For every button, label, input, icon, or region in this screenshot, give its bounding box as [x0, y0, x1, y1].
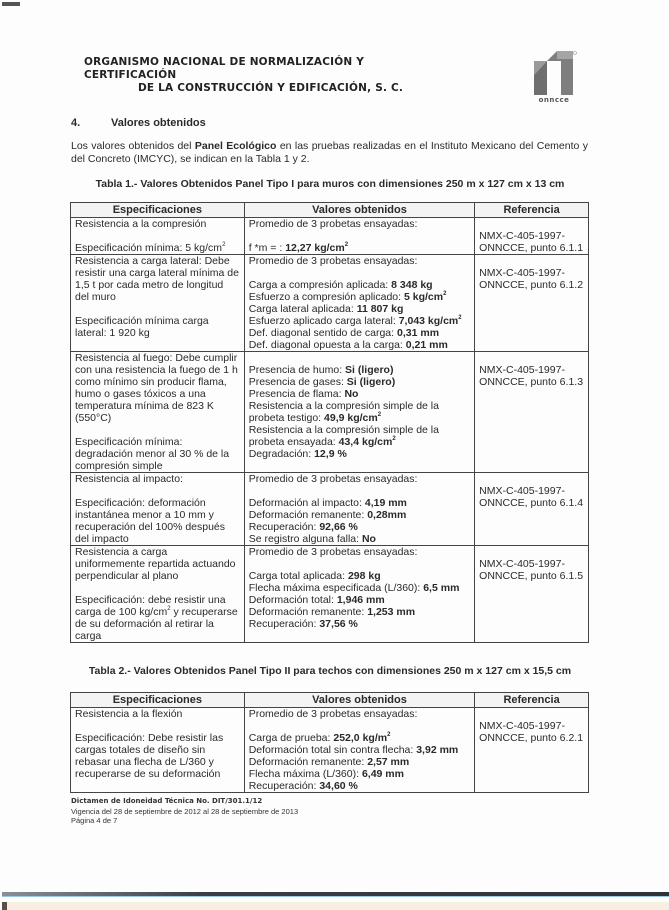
spacer	[249, 267, 470, 279]
table2: EspecificacionesValores obtenidosReferen…	[70, 692, 589, 793]
value-line: Presencia de humo: Si (ligero)	[249, 364, 470, 376]
value-result: 92,66 %	[319, 521, 358, 533]
value-line: Recuperación: 34,60 %	[249, 780, 470, 792]
reference-text: NMX-C-405-1997-ONNCCE, punto 6.1.5	[479, 558, 584, 582]
value-line: Deformación total sin contra flecha: 3,9…	[249, 744, 470, 756]
spec-title: Resistencia a la compresión	[75, 218, 240, 230]
value-label: Carga lateral aplicada:	[249, 303, 357, 315]
value-label: Presencia de gases:	[249, 376, 347, 388]
value-result: 4,19 mm	[365, 497, 407, 509]
spec-requirement: Especificación mínima carga lateral: 1 9…	[75, 315, 240, 339]
spacer	[479, 708, 584, 720]
table1-caption: Tabla 1.- Valores Obtenidos Panel Tipo I…	[60, 178, 600, 190]
spacer	[249, 558, 470, 570]
value-label: Presencia de flama:	[249, 388, 345, 400]
value-result: 49,9 kg/cm2	[324, 412, 381, 424]
values-intro: Promedio de 3 probetas ensayadas:	[249, 473, 470, 485]
onncce-logo: onncce	[531, 51, 577, 107]
scan-background-strip	[2, 902, 669, 910]
value-result: 6,5 mm	[423, 582, 459, 594]
value-line: f *m = : 12,27 kg/cm2	[249, 242, 470, 254]
table-row: Resistencia a carga lateral: Debe resist…	[71, 255, 589, 352]
value-line: Def. diagonal opuesta a la carga: 0,21 m…	[249, 339, 470, 351]
section-number: 4.	[71, 117, 111, 129]
section-heading: 4.Valores obtenidos	[71, 117, 206, 129]
spec-cell: Resistencia a la flexiónEspecificación: …	[71, 708, 245, 793]
spacer	[75, 303, 240, 315]
spec-cell: Resistencia a la compresiónEspecificació…	[71, 218, 245, 255]
value-label: Deformación remanente:	[249, 606, 367, 618]
onncce-logo-icon	[531, 51, 577, 95]
value-line: Deformación remanente: 0,28mm	[249, 509, 470, 521]
value-line: Esfuerzo aplicado carga lateral: 7,043 k…	[249, 315, 470, 327]
reference-text: NMX-C-405-1997-ONNCCE, punto 6.1.1	[479, 230, 584, 254]
footer-validity: Vigencia del 28 de septiembre de 2012 al…	[71, 807, 298, 817]
value-line: Deformación total: 1,946 mm	[249, 594, 470, 606]
reference-text: NMX-C-405-1997-ONNCCE, punto 6.2.1	[479, 720, 584, 744]
header-reference: Referencia	[475, 693, 589, 708]
table-row: Resistencia a la flexiónEspecificación: …	[71, 708, 589, 793]
spec-requirement: Especificación mínima: degradación menor…	[75, 436, 240, 472]
spacer	[249, 352, 470, 364]
spacer	[75, 485, 240, 497]
spec-title: Resistencia a carga lateral: Debe resist…	[75, 255, 240, 303]
value-result: 34,60 %	[319, 780, 358, 792]
value-label: Recuperación:	[249, 618, 320, 630]
spec-requirement: Especificación mínima: 5 kg/cm2	[75, 242, 240, 254]
spacer	[75, 582, 240, 594]
table-row: Resistencia a carga uniformemente repart…	[71, 546, 589, 643]
value-label: Def. diagonal sentido de carga:	[249, 327, 397, 339]
value-line: Deformación al impacto: 4,19 mm	[249, 497, 470, 509]
spec-cell: Resistencia a carga lateral: Debe resist…	[71, 255, 245, 352]
spacer	[75, 230, 240, 242]
value-line: Carga de prueba: 252,0 kg/m2	[249, 732, 470, 744]
spec-requirement: Especificación: deformación instantánea …	[75, 497, 240, 545]
org-name-line1: Organismo Nacional de Normalización y Ce…	[84, 56, 414, 82]
product-name: Panel Ecológico	[195, 140, 277, 152]
intro-paragraph: Los valores obtenidos del Panel Ecológic…	[71, 140, 588, 166]
spec-requirement: Especificación: Debe resistir las cargas…	[75, 732, 240, 780]
value-label: Carga a compresión aplicada:	[249, 279, 391, 291]
reference-cell: NMX-C-405-1997-ONNCCE, punto 6.1.5	[475, 546, 589, 643]
org-name-line2: de la Construcción y Edificación, S. C.	[84, 82, 414, 95]
value-line: Recuperación: 92,66 %	[249, 521, 470, 533]
values-intro: Promedio de 3 probetas ensayadas:	[249, 546, 470, 558]
value-line: Deformación remanente: 1,253 mm	[249, 606, 470, 618]
footer: Dictamen de Idoneidad Técnica No. DIT/30…	[71, 797, 298, 826]
reference-cell: NMX-C-405-1997-ONNCCE, punto 6.1.1	[475, 218, 589, 255]
value-result: 7,043 kg/cm2	[399, 315, 462, 327]
value-result: No	[344, 388, 358, 400]
reference-text: NMX-C-405-1997-ONNCCE, punto 6.1.2	[479, 267, 584, 291]
value-label: f *m = :	[249, 242, 285, 254]
reference-cell: NMX-C-405-1997-ONNCCE, punto 6.1.2	[475, 255, 589, 352]
value-line: Def. diagonal sentido de carga: 0,31 mm	[249, 327, 470, 339]
logo-text: onncce	[531, 96, 577, 104]
value-label: Esfuerzo aplicado carga lateral:	[249, 315, 399, 327]
value-result: 0,21 mm	[406, 339, 448, 351]
values-cell: Presencia de humo: Si (ligero)Presencia …	[244, 352, 474, 473]
value-label: Recuperación:	[249, 780, 320, 792]
value-line: Flecha máxima especificada (L/360): 6,5 …	[249, 582, 470, 594]
value-label: Deformación al impacto:	[249, 497, 365, 509]
values-intro: Promedio de 3 probetas ensayadas:	[249, 708, 470, 720]
header-row: EspecificacionesValores obtenidosReferen…	[71, 693, 589, 708]
value-label: Flecha máxima (L/360):	[249, 768, 362, 780]
value-result: 5 kg/cm2	[404, 291, 446, 303]
value-line: Carga total aplicada: 298 kg	[249, 570, 470, 582]
value-label: Esfuerzo a compresión aplicado:	[249, 291, 404, 303]
value-line: Resistencia a la compresión simple de la…	[249, 400, 470, 424]
spec-cell: Resistencia a carga uniformemente repart…	[71, 546, 245, 643]
value-line: Carga a compresión aplicada: 8 348 kg	[249, 279, 470, 291]
value-label: Deformación total sin contra flecha:	[249, 744, 417, 756]
intro-text: Los valores obtenidos del	[71, 140, 195, 152]
header-values: Valores obtenidos	[244, 203, 474, 218]
values-cell: Promedio de 3 probetas ensayadas:Carga a…	[244, 255, 474, 352]
reference-cell: NMX-C-405-1997-ONNCCE, punto 6.2.1	[475, 708, 589, 793]
value-label: Deformación remanente:	[249, 509, 367, 521]
scan-mark	[2, 2, 20, 6]
spacer	[479, 546, 584, 558]
values-intro: Promedio de 3 probetas ensayadas:	[249, 218, 470, 230]
value-label: Deformación remanente:	[249, 756, 367, 768]
values-cell: Promedio de 3 probetas ensayadas:Carga t…	[244, 546, 474, 643]
spacer	[479, 473, 584, 485]
value-label: Recuperación:	[249, 521, 320, 533]
header-values: Valores obtenidos	[244, 693, 474, 708]
spec-title: Resistencia al impacto:	[75, 473, 240, 485]
spacer	[75, 424, 240, 436]
value-label: Carga de prueba:	[249, 732, 334, 744]
values-cell: Promedio de 3 probetas ensayadas:Deforma…	[244, 473, 474, 546]
spacer	[75, 720, 240, 732]
value-result: Si (ligero)	[345, 364, 393, 376]
values-cell: Promedio de 3 probetas ensayadas:Carga d…	[244, 708, 474, 793]
header-reference: Referencia	[475, 203, 589, 218]
table-row: Resistencia a la compresiónEspecificació…	[71, 218, 589, 255]
value-line: Carga lateral aplicada: 11 807 kg	[249, 303, 470, 315]
page-bottom-edge	[2, 892, 669, 897]
value-label: Se registro alguna falla:	[249, 533, 362, 545]
value-label: Presencia de humo:	[249, 364, 345, 376]
table1: EspecificacionesValores obtenidosReferen…	[70, 202, 589, 643]
value-line: Esfuerzo a compresión aplicado: 5 kg/cm2	[249, 291, 470, 303]
spacer	[479, 218, 584, 230]
header-specifications: Especificaciones	[71, 203, 245, 218]
value-result: 0,28mm	[367, 509, 406, 521]
value-result: 252,0 kg/m2	[333, 732, 390, 744]
value-line: Degradación: 12,9 %	[249, 448, 470, 460]
value-result: 1,946 mm	[337, 594, 385, 606]
spacer	[249, 720, 470, 732]
organization-header: Organismo Nacional de Normalización y Ce…	[84, 56, 414, 95]
value-result: 12,9 %	[314, 448, 347, 460]
reference-cell: NMX-C-405-1997-ONNCCE, punto 6.1.3	[475, 352, 589, 473]
value-result: No	[362, 533, 376, 545]
value-result: 2,57 mm	[367, 756, 409, 768]
section-title: Valores obtenidos	[111, 117, 206, 129]
value-label: Carga total aplicada:	[249, 570, 348, 582]
footer-dictamen: Dictamen de Idoneidad Técnica No. DIT/30…	[71, 797, 298, 807]
spec-cell: Resistencia al impacto:Especificación: d…	[71, 473, 245, 546]
spec-cell: Resistencia al fuego: Debe cumplir con u…	[71, 352, 245, 473]
spec-title: Resistencia a carga uniformemente repart…	[75, 546, 240, 582]
value-result: 6,49 mm	[362, 768, 404, 780]
value-result: 12,27 kg/cm2	[285, 242, 348, 254]
spacer	[249, 230, 470, 242]
table-row: Resistencia al fuego: Debe cumplir con u…	[71, 352, 589, 473]
reference-text: NMX-C-405-1997-ONNCCE, punto 6.1.4	[479, 485, 584, 509]
table2-caption: Tabla 2.- Valores Obtenidos Panel Tipo I…	[60, 665, 600, 677]
value-line: Flecha máxima (L/360): 6,49 mm	[249, 768, 470, 780]
value-line: Presencia de flama: No	[249, 388, 470, 400]
value-result: 8 348 kg	[391, 279, 432, 291]
footer-page-number: Página 4 de 7	[71, 816, 298, 826]
value-result: 11 807 kg	[357, 303, 404, 315]
values-intro: Promedio de 3 probetas ensayadas:	[249, 255, 470, 267]
value-line: Se registro alguna falla: No	[249, 533, 470, 545]
header-row: EspecificacionesValores obtenidosReferen…	[71, 203, 589, 218]
table-row: Resistencia al impacto:Especificación: d…	[71, 473, 589, 546]
value-result: 298 kg	[348, 570, 381, 582]
value-result: 43,4 kg/cm2	[339, 436, 396, 448]
value-result: 3,92 mm	[416, 744, 458, 756]
spacer	[479, 352, 584, 364]
value-label: Deformación total:	[249, 594, 337, 606]
value-result: 37,56 %	[319, 618, 358, 630]
reference-cell: NMX-C-405-1997-ONNCCE, punto 6.1.4	[475, 473, 589, 546]
value-result: 0,31 mm	[397, 327, 439, 339]
value-line: Resistencia a la compresión simple de la…	[249, 424, 470, 448]
spec-title: Resistencia al fuego: Debe cumplir con u…	[75, 352, 240, 424]
value-result: 1,253 mm	[367, 606, 415, 618]
value-label: Def. diagonal opuesta a la carga:	[249, 339, 406, 351]
value-label: Flecha máxima especificada (L/360):	[249, 582, 424, 594]
value-result: Si (ligero)	[347, 376, 395, 388]
value-line: Presencia de gases: Si (ligero)	[249, 376, 470, 388]
spec-requirement: Especificación: debe resistir una carga …	[75, 594, 240, 642]
value-label: Degradación:	[249, 448, 314, 460]
spec-title: Resistencia a la flexión	[75, 708, 240, 720]
value-line: Recuperación: 37,56 %	[249, 618, 470, 630]
values-cell: Promedio de 3 probetas ensayadas:f *m = …	[244, 218, 474, 255]
value-line: Deformación remanente: 2,57 mm	[249, 756, 470, 768]
reference-text: NMX-C-405-1997-ONNCCE, punto 6.1.3	[479, 364, 584, 388]
spacer	[479, 255, 584, 267]
spacer	[249, 485, 470, 497]
header-specifications: Especificaciones	[71, 693, 245, 708]
